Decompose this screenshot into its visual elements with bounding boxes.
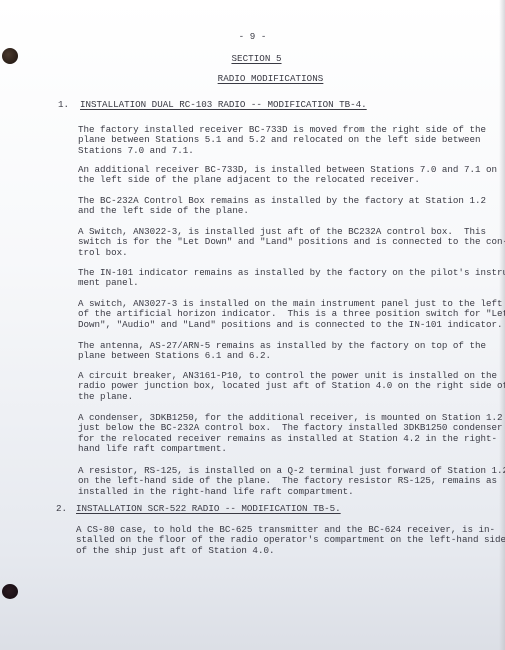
paragraph: A condenser, 3DKB1250, for the additiona… (78, 413, 488, 454)
paragraph: A circuit breaker, AN3161-P10, to contro… (78, 371, 488, 402)
text-line: installed in the right-hand life raft co… (78, 487, 488, 497)
paragraph: A switch, AN3027-3 is installed on the m… (78, 299, 488, 330)
paragraph: The IN-101 indicator remains as installe… (78, 268, 488, 289)
text-line: plane between Stations 6.1 and 6.2. (78, 351, 488, 361)
item-number: 2. (56, 504, 67, 514)
paragraph: A Switch, AN3022-3, is installed just af… (78, 227, 488, 258)
item-number: 1. (58, 100, 69, 110)
binder-punch-hole (2, 584, 18, 599)
paragraph: A CS-80 case, to hold the BC-625 transmi… (76, 525, 486, 556)
text-line: trol box. (78, 248, 488, 258)
paragraph: The factory installed receiver BC-733D i… (78, 125, 488, 156)
text-line: Stations 7.0 and 7.1. (78, 146, 488, 156)
text-line: ment panel. (78, 278, 488, 288)
text-line: Down", "Audio" and "Land" positions and … (78, 320, 488, 330)
paragraph: The antenna, AS-27/ARN-5 remains as inst… (78, 341, 488, 362)
section-subtitle: RADIO MODIFICATIONS (18, 74, 505, 84)
text-line: and the left side of the plane. (78, 206, 488, 216)
paragraph: An additional receiver BC-733D, is insta… (78, 165, 488, 186)
text-line: of the ship just aft of Station 4.0. (76, 546, 486, 556)
item-heading: INSTALLATION SCR-522 RADIO -- MODIFICATI… (76, 504, 341, 514)
section-title: SECTION 5 (4, 54, 505, 64)
page-number: - 9 - (0, 32, 505, 42)
text-line: hand life raft compartment. (78, 444, 488, 454)
text-line: switch is for the "Let Down" and "Land" … (78, 237, 488, 247)
paragraph: The BC-232A Control Box remains as insta… (78, 196, 488, 217)
item-heading: INSTALLATION DUAL RC-103 RADIO -- MODIFI… (80, 100, 367, 110)
text-line: radio power junction box, located just a… (78, 381, 488, 391)
text-line: The IN-101 indicator remains as installe… (78, 268, 488, 278)
text-line: the plane. (78, 392, 488, 402)
paragraph: A resistor, RS-125, is installed on a Q-… (78, 466, 488, 497)
text-line: the left side of the plane adjacent to t… (78, 175, 488, 185)
